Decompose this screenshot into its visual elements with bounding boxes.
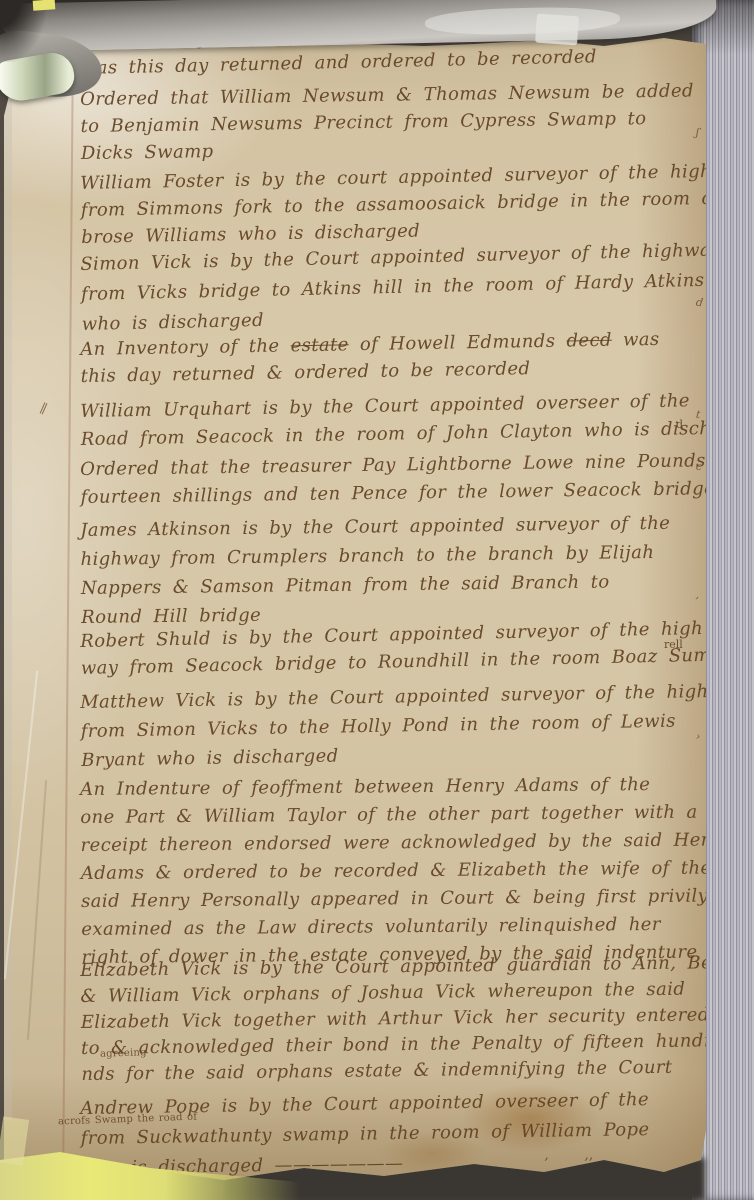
- line-segment: of Howell Edmunds: [349, 331, 567, 356]
- record-entry: James Atkinson is by the Court appointed…: [80, 508, 709, 632]
- interlineation: agreeing: [100, 1047, 147, 1060]
- yellow-marker-tip: [33, 0, 56, 11]
- manuscript-page: 308 ∥ An Inventory and appraisement of t…: [4, 30, 706, 1188]
- record-entry: Ordered that William Newsum & Thomas New…: [80, 77, 709, 167]
- record-entry: An Indenture of feoffment between Henry …: [80, 771, 710, 972]
- record-entry: Elizabeth Vick is by the Court appointed…: [80, 950, 710, 1088]
- record-entry: An Inventory of the estate of Howell Edm…: [80, 325, 709, 390]
- struck-word: estate: [290, 334, 348, 356]
- margin-mark: ∥: [37, 401, 49, 417]
- record-entry: Matthew Vick is by the Court appointed s…: [80, 677, 709, 775]
- line-segment: was: [612, 329, 660, 351]
- struck-word: decd: [566, 330, 612, 352]
- photo-of-record-book-page: 308 ∥ An Inventory and appraisement of t…: [0, 0, 754, 1200]
- record-entry: Simon Vick is by the Court appointed sur…: [80, 236, 710, 340]
- record-entry: William Urquhart is by the Court appoint…: [80, 387, 709, 454]
- superscript-abbreviation: rell: [664, 638, 683, 651]
- paper-crease: [27, 780, 47, 1040]
- tape-fragment: [535, 14, 579, 46]
- line-segment: An Inventory of the: [80, 335, 291, 360]
- record-entry: Ordered that the treasurer Pay Lightborn…: [80, 447, 709, 512]
- margin-rule-line: [62, 42, 74, 1178]
- superscript-abbreviation: d: [676, 418, 683, 431]
- plastic-sleeve-top-edge: [0, 0, 717, 52]
